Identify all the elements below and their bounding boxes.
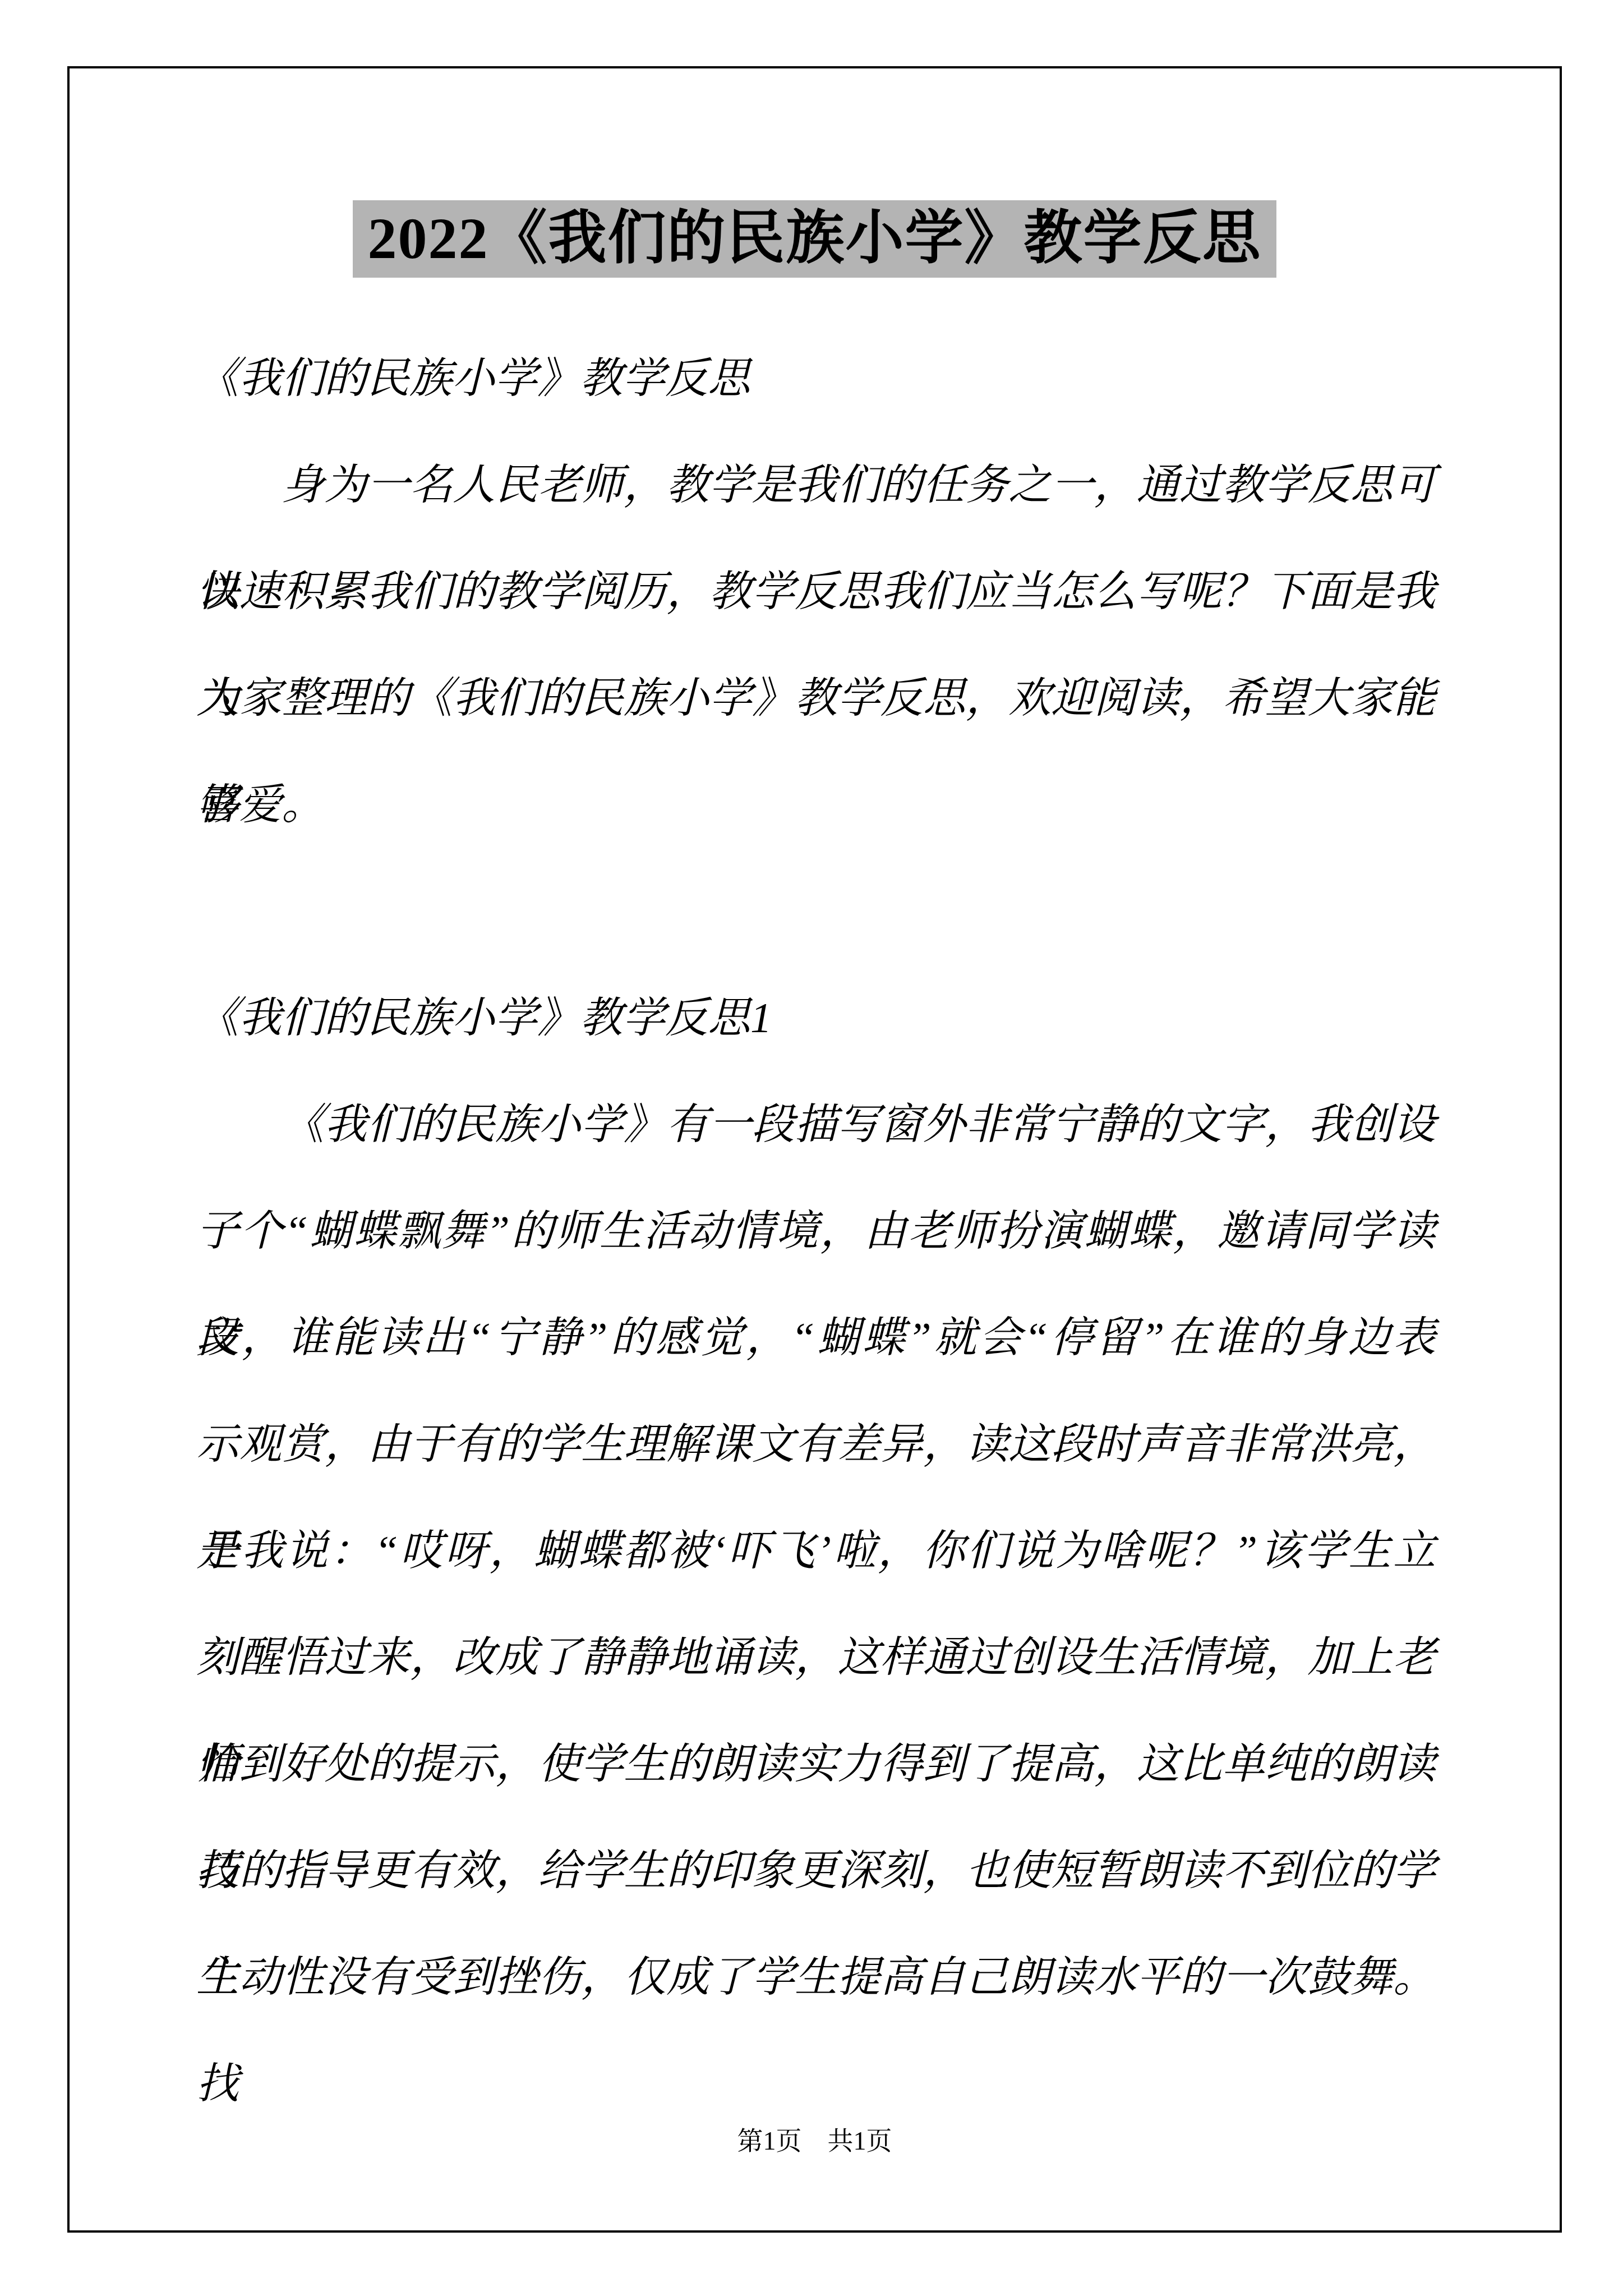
- text-line: 段，谁能读出“宁静”的感觉，“蝴蝶”就会“停留”在谁的身边表: [196, 1285, 1436, 1391]
- text-line: 身为一名人民老师，教学是我们的任务之一，通过教学反思可以: [196, 432, 1436, 539]
- document-page: 2022《我们的民族小学》教学反思 《我们的民族小学》教学反思身为一名人民老师，…: [0, 0, 1623, 2296]
- text-line: 主动性没有受到挫伤，仅成了学生提高自己朗读水平的一次鼓舞。找: [196, 1924, 1436, 2031]
- title-row: 2022《我们的民族小学》教学反思: [67, 200, 1562, 278]
- text-line: 一个“蝴蝶飘舞”的师生活动情境，由老师扮演蝴蝶，邀请同学读文: [196, 1178, 1436, 1285]
- document-title: 2022《我们的民族小学》教学反思: [353, 200, 1276, 278]
- text-line: 恰到好处的提示，使学生的朗读实力得到了提高，这比单纯的朗读技: [196, 1711, 1436, 1818]
- text-line: 《我们的民族小学》有一段描写窗外非常宁静的文字，我创设了: [196, 1071, 1436, 1178]
- blank-line: [196, 858, 1436, 965]
- text-line: 刻醒悟过来，改成了静静地诵读，这样通过创设生活情境，加上老师: [196, 1604, 1436, 1711]
- text-line: 《我们的民族小学》教学反思: [196, 325, 1436, 432]
- text-line: 示观赏，由于有的学生理解课文有差异，读这段时声音非常洪亮，于: [196, 1391, 1436, 1498]
- footer-page-total: 共1页: [828, 2127, 892, 2155]
- text-line: 《我们的民族小学》教学反思1: [196, 965, 1436, 1071]
- footer-page-number: 第1页: [737, 2127, 802, 2155]
- text-line: 是我说：“哎呀，蝴蝶都被‘吓飞’啦，你们说为啥呢？”该学生立: [196, 1498, 1436, 1604]
- text-line: 大家整理的《我们的民族小学》教学反思，欢迎阅读，希望大家能够: [196, 645, 1436, 752]
- page-footer: 第1页共1页: [67, 2123, 1562, 2159]
- body-text-block: 《我们的民族小学》教学反思身为一名人民老师，教学是我们的任务之一，通过教学反思可…: [196, 325, 1436, 2031]
- text-line: 巧的指导更有效，给学生的印象更深刻，也使短暂朗读不到位的学生: [196, 1818, 1436, 1924]
- text-line: 喜爱。: [196, 752, 1436, 858]
- text-line: 快速积累我们的教学阅历，教学反思我们应当怎么写呢？下面是我为: [196, 539, 1436, 645]
